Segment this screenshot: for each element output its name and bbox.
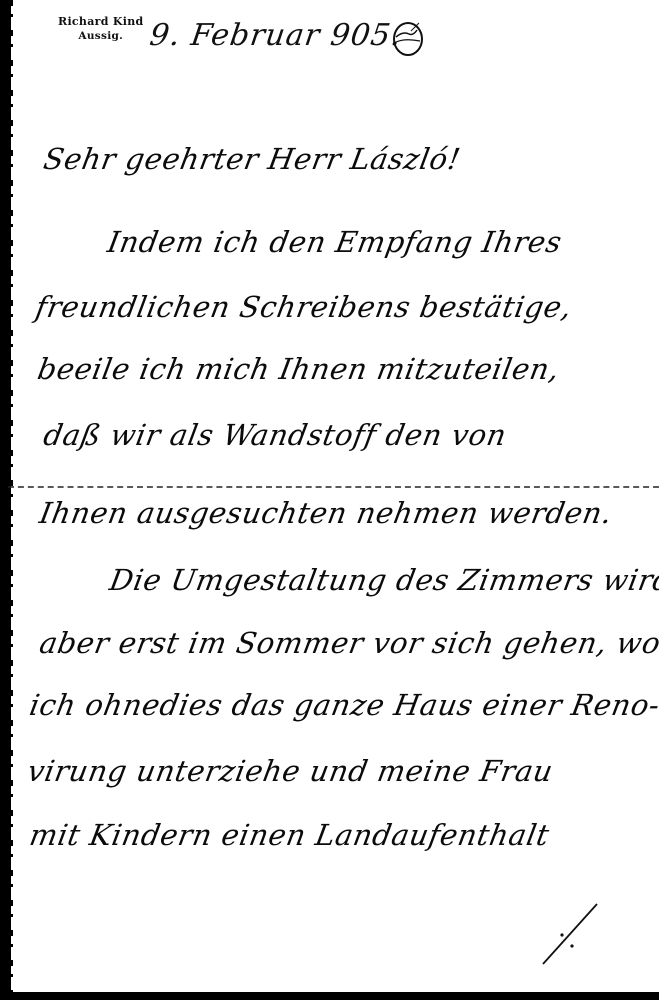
letter-line-3: beeile ich mich Ihnen mitzuteilen, xyxy=(35,352,562,386)
paper-fold-line xyxy=(8,486,659,488)
salutation: Sehr geehrter Herr László! xyxy=(41,142,463,176)
scan-bottom-edge xyxy=(0,992,659,1000)
letter-line-9: virung unterziehe und meine Frau xyxy=(25,754,556,788)
letter-line-7: aber erst im Sommer vor sich gehen, wo xyxy=(37,626,659,660)
oval-stamp-icon xyxy=(391,18,425,58)
letter-line-10: mit Kindern einen Landaufenthalt xyxy=(27,818,552,852)
letter-line-6: Die Umgestaltung des Zimmers wird xyxy=(107,563,659,597)
letter-line-1: Indem ich den Empfang Ihres xyxy=(105,225,565,259)
page-continuation-mark-icon xyxy=(535,900,605,970)
letter-line-8: ich ohnedies das ganze Haus einer Reno- xyxy=(27,688,659,722)
letter-line-5: Ihnen ausgesuchten nehmen werden. xyxy=(37,496,615,530)
letter-line-4: daß wir als Wandstoff den von xyxy=(41,418,509,452)
letterhead: Richard Kind Aussig. xyxy=(58,14,144,44)
letterhead-name: Richard Kind xyxy=(58,14,144,29)
letter-line-2: freundlichen Schreibens bestätige, xyxy=(33,290,575,324)
letter-date: 9. Februar 905. xyxy=(148,18,404,53)
letterhead-place: Aussig. xyxy=(58,29,144,44)
scan-left-edge-texture xyxy=(9,0,13,1000)
